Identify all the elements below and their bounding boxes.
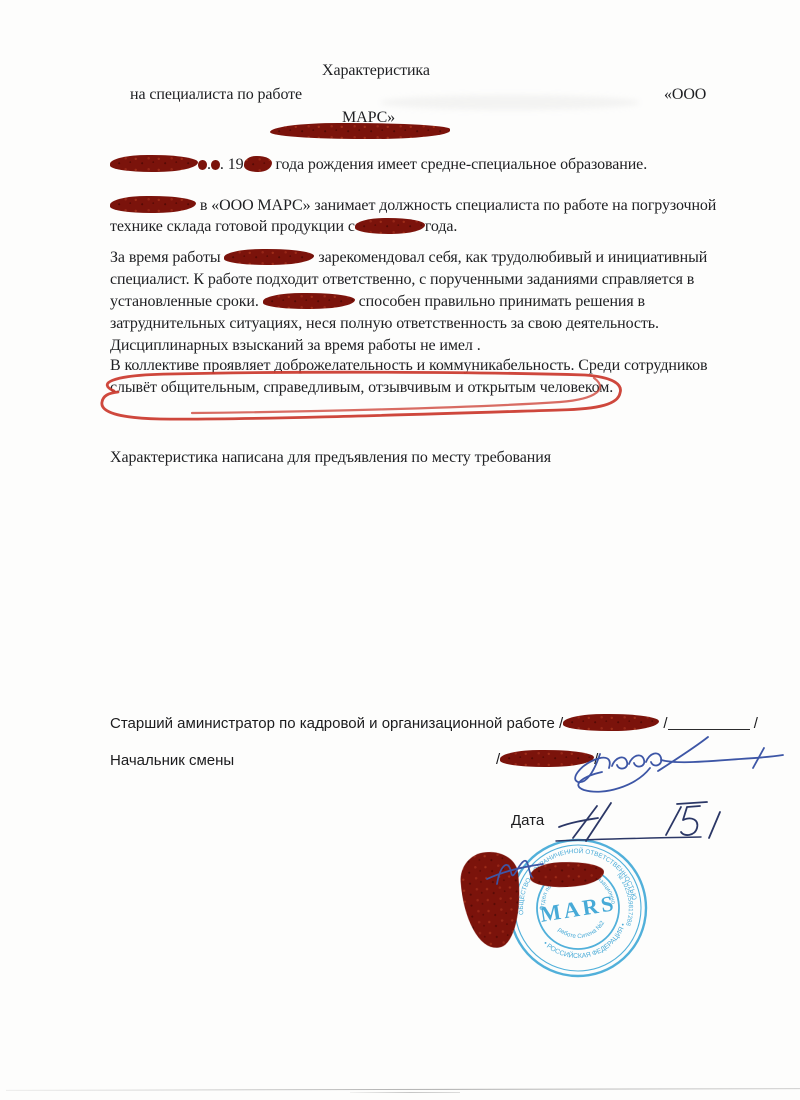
paragraph-3-line-4: затруднительных ситуациях, неся полную о…: [110, 315, 659, 333]
paragraph-2-line-2: технике склада готовой продукции сгода.: [110, 218, 457, 236]
doc-subtitle-right: «ООО: [664, 86, 706, 104]
p3-l1-pre: За время работы: [110, 249, 221, 266]
redaction-stamp-center: [530, 861, 605, 889]
p3-l3-pre: установленные сроки.: [110, 293, 259, 310]
redaction-initial-1: [198, 160, 207, 170]
svg-text:• РОССИЙСКАЯ ФЕДЕРАЦИЯ •: • РОССИЙСКАЯ ФЕДЕРАЦИЯ •: [540, 921, 632, 966]
redaction-sig1-name: [563, 714, 659, 731]
signature-row-2-label: Начальник смены: [110, 752, 234, 769]
purpose-line: Характеристика написана для предъявления…: [110, 449, 551, 467]
stamp-inner-bottom-text: работе Ситена №2: [555, 918, 608, 943]
redaction-date-p2: [355, 218, 425, 234]
stamp-ring-bottom-text: • РОССИЙСКАЯ ФЕДЕРАЦИЯ •: [540, 921, 632, 966]
p2-line2-pre: технике склада готовой продукции с: [110, 218, 355, 235]
paragraph-2-line-1: в «ООО МАРС» занимает должность специали…: [110, 196, 716, 215]
document-page: Характеристика на специалиста по работе …: [0, 0, 800, 1100]
doc-subtitle-left: на специалиста по работе: [130, 86, 302, 104]
redaction-stamp-left: [459, 850, 524, 950]
redaction-surname: [110, 155, 198, 172]
p3-l3-post: способен правильно принимать решения в: [359, 293, 645, 310]
redaction-name-header: [270, 123, 450, 139]
paragraph-1: .. 19 года рождения имеет средне-специал…: [110, 155, 647, 174]
p3-l1-post: зарекомендовал себя, как трудолюбивый и …: [318, 249, 707, 266]
stamp-ring-number-text: № 1025059817288: [615, 871, 638, 929]
svg-text:№ 1025059817288: № 1025059817288: [615, 871, 638, 929]
whiteout-smudge: [380, 95, 640, 110]
scan-edge-mark: [350, 1092, 460, 1093]
p2-line2-post: года.: [425, 218, 457, 235]
signature-scrawl: [575, 737, 783, 792]
sig1-signature-line: [668, 715, 750, 730]
p1-dot2: .: [220, 156, 228, 173]
redaction-name-p3b: [263, 293, 355, 309]
signature-row-1: Старший аминистратор по кадровой и орган…: [110, 714, 758, 732]
date-label: Дата: [511, 812, 544, 829]
paragraph-3-line-5: Дисциплинарных взысканий за время работы…: [110, 337, 481, 355]
sig1-label: Старший аминистратор по кадровой и орган…: [110, 715, 555, 732]
handwritten-date: [556, 802, 720, 841]
scan-edge-line: [6, 1088, 800, 1091]
redaction-name-p2: [110, 196, 196, 213]
stamp-mid-circle: [506, 836, 650, 980]
p1-text: года рождения имеет средне-специальное о…: [275, 156, 647, 173]
redaction-name-p3a: [224, 249, 314, 265]
sig1-slash-c: /: [754, 715, 758, 732]
sig2-slash-b: /: [594, 751, 598, 768]
paragraph-4-line-2: слывёт общительным, справедливым, отзывч…: [110, 379, 613, 397]
paragraph-3-line-3: установленные сроки. способен правильно …: [110, 293, 645, 311]
redaction-sig2-name: [500, 750, 594, 767]
doc-title: Характеристика: [322, 62, 430, 80]
p1-year: 19: [228, 156, 244, 173]
redaction-initial-2: [211, 160, 220, 170]
paragraph-3-line-1: За время работы зарекомендовал себя, как…: [110, 249, 707, 267]
stamp-outer-circle: [500, 830, 656, 986]
p2-line1-text: в «ООО МАРС» занимает должность специали…: [200, 197, 716, 214]
svg-text:работе Ситена №2: работе Ситена №2: [555, 918, 608, 943]
redaction-year: [244, 156, 272, 172]
stamp-center-text: MARS: [538, 890, 618, 927]
paragraph-3-line-2: специалист. К работе подходит ответствен…: [110, 271, 694, 289]
signature-row-2-value: //: [496, 750, 598, 768]
paragraph-4-line-1: В коллективе проявляет доброжелательност…: [110, 357, 708, 375]
